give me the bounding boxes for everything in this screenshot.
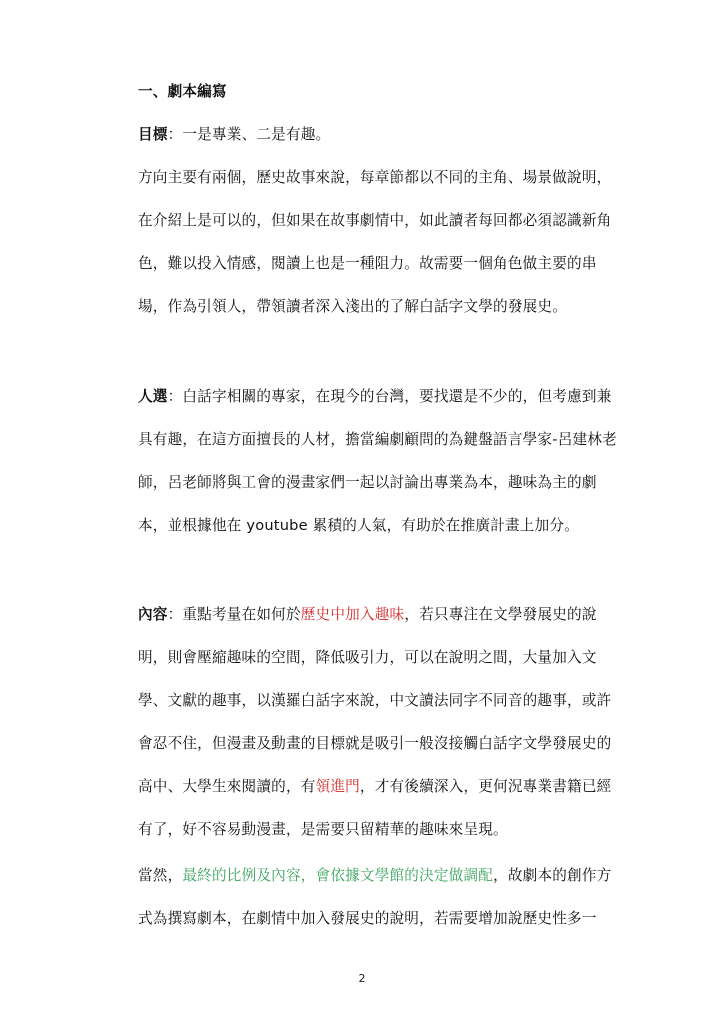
conclusion-line-1: 當然，最終的比例及內容，會依據文學館的決定做調配，故劇本的創作方: [138, 866, 611, 886]
candidate-text-1: 白話字相關的專家，在現今的台灣，要找還是不少的，但考慮到兼: [182, 388, 611, 405]
content-line-2: 明，則會壓縮趣味的空間，降低吸引力，可以在說明之間，大量加入文: [138, 648, 597, 668]
content-highlight-lead-in: 領進門: [316, 778, 360, 795]
content-line-1: 內容：重點考量在如何於歷史中加入趣味，若只專注在文學發展史的說: [138, 605, 597, 625]
candidate-label: 人選: [138, 388, 168, 405]
conclusion-line-2: 式為撰寫劇本，在劇情中加入發展史的說明，若需要增加說歷史性多一: [138, 909, 597, 929]
candidate-line-3: 師，呂老師將與工會的漫畫家們一起以討論出專業為本，趣味為主的劇: [138, 473, 597, 493]
conclusion-highlight-final-decision: 最終的比例及內容，會依據文學館的決定做調配: [182, 867, 493, 884]
content-label: 內容: [138, 606, 168, 623]
content-highlight-history-fun: 歷史中加入趣味: [301, 606, 405, 623]
goal-line: 目標：一是專業、二是有趣。: [138, 125, 330, 145]
direction-line-4: 場，作為引領人，帶領讀者深入淺出的了解白話字文學的發展史。: [138, 297, 567, 317]
section-heading: 一、劇本編寫: [138, 82, 227, 102]
content-text-5-pre: 高中、大學生來閱讀的，有: [138, 778, 316, 795]
direction-line-2: 在介紹上是可以的，但如果在故事劇情中，如此讀者每回都必須認識新角: [138, 211, 611, 231]
conclusion-text-1-post: ，故劇本的創作方: [493, 867, 611, 884]
content-line-5: 高中、大學生來閱讀的，有領進門，才有後續深入，更何況專業書籍已經: [138, 777, 611, 797]
candidate-line-2: 具有趣，在這方面擅長的人材，擔當編劇顧問的為鍵盤語言學家-呂建林老: [138, 430, 617, 450]
content-colon: ：: [168, 606, 183, 623]
candidate-colon: ：: [168, 388, 183, 405]
content-line-3: 學、文獻的趣事，以漢羅白話字來說，中文讀法同字不同音的趣事，或許: [138, 691, 611, 711]
goal-label: 目標: [138, 126, 168, 143]
content-text-5-post: ，才有後續深入，更何況專業書籍已經: [360, 778, 612, 795]
direction-line-1: 方向主要有兩個，歷史故事來說，每章節都以不同的主角、場景做說明，: [138, 168, 611, 188]
content-line-4: 會忍不住，但漫畫及動畫的目標就是吸引一般沒接觸白話字文學發展史的: [138, 734, 611, 754]
candidate-line-1: 人選：白話字相關的專家，在現今的台灣，要找還是不少的，但考慮到兼: [138, 387, 611, 407]
direction-line-3: 色，難以投入情感，閱讀上也是一種阻力。故需要一個角色做主要的串: [138, 254, 597, 274]
content-line-6: 有了，好不容易動漫畫，是需要只留精華的趣味來呈現。: [138, 820, 508, 840]
document-page: 一、劇本編寫 目標：一是專業、二是有趣。 方向主要有兩個，歷史故事來說，每章節都…: [0, 0, 724, 1024]
conclusion-text-1-pre: 當然，: [138, 867, 182, 884]
goal-colon: ：: [168, 126, 183, 143]
goal-text: 一是專業、二是有趣。: [182, 126, 330, 143]
content-text-1-post: ，若只專注在文學發展史的說: [404, 606, 596, 623]
candidate-line-4: 本，並根據他在 youtube 累積的人氣，有助於在推廣計畫上加分。: [138, 516, 579, 536]
page-number: 2: [0, 972, 724, 986]
content-text-1-pre: 重點考量在如何於: [182, 606, 300, 623]
